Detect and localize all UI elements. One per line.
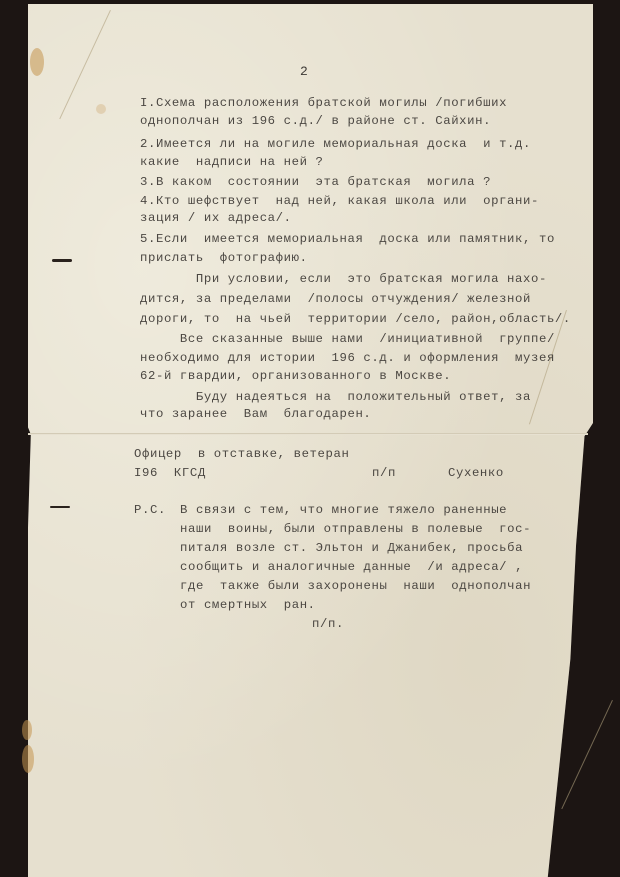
body-line: I.Схема расположения братской могилы /по… <box>140 96 507 110</box>
signature-unit: I96 КГСД <box>134 466 206 480</box>
body-line: Все сказанные выше нами /инициативной гр… <box>140 332 555 346</box>
body-line: 2.Имеется ли на могиле мемориальная доск… <box>140 137 531 151</box>
body-line: 62-й гвардии, организованного в Москве. <box>140 369 451 383</box>
document-page <box>28 4 593 877</box>
postscript-label: Р.С. <box>134 503 166 517</box>
stain-spot <box>96 104 106 114</box>
stain-spot <box>22 745 34 773</box>
stain-spot <box>22 720 32 740</box>
postscript-line: сообщить и аналогичные данные /и адреса/… <box>180 560 523 574</box>
signature-pp: п/п <box>372 466 396 480</box>
body-line: 5.Если имеется мемориальная доска или па… <box>140 232 555 246</box>
stain-spot <box>30 48 44 76</box>
page-number: 2 <box>300 64 308 79</box>
body-line: Буду надеяться на положительный ответ, з… <box>140 390 531 404</box>
body-line: 3.В каком состоянии эта братская могила … <box>140 175 491 189</box>
body-line: дороги, то на чьей территории /село, рай… <box>140 312 571 326</box>
body-line: однополчан из 196 с.д./ в районе ст. Сай… <box>140 114 491 128</box>
body-line: зация / их адреса/. <box>140 211 292 225</box>
paper-fold-line <box>28 433 588 435</box>
body-line: необходимо для истории 196 с.д. и оформл… <box>140 351 555 365</box>
body-line: При условии, если это братская могила на… <box>140 272 547 286</box>
postscript-line: В связи с тем, что многие тяжело раненны… <box>180 503 507 517</box>
signature-line-1: Офицер в отставке, ветеран <box>134 447 349 461</box>
body-line: прислать фотографию. <box>140 251 308 265</box>
binding-mark <box>52 259 72 262</box>
postscript-line: от смертных ран. <box>180 598 316 612</box>
body-line: какие надписи на ней ? <box>140 155 324 169</box>
paper-crease <box>561 700 613 809</box>
body-line: что заранее Вам благодарен. <box>140 407 371 421</box>
body-line: дится, за пределами /полосы отчуждения/ … <box>140 292 531 306</box>
postscript-line: наши воины, были отправлены в полевые го… <box>180 522 531 536</box>
binding-mark <box>50 506 70 508</box>
postscript-line: питаля возле ст. Эльтон и Джанибек, прос… <box>180 541 523 555</box>
postscript-line: где также были захоронены наши однополча… <box>180 579 531 593</box>
postscript-closing: п/п. <box>312 617 344 631</box>
signature-name: Сухенко <box>448 466 504 480</box>
body-line: 4.Кто шефствует над ней, какая школа или… <box>140 194 539 208</box>
